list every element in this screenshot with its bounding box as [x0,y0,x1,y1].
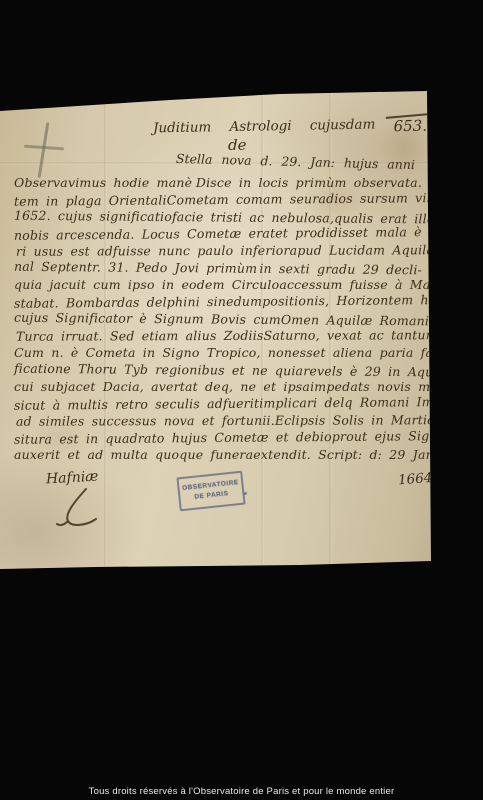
manuscript-line-segment: nobis arcescenda. Locus Cometæ erat [14,225,275,244]
manuscript-line-segment: et prodidisset mala è Polonia [275,223,477,242]
manuscript-line-segment: extendit. Script: d: 29 Jan: [253,446,438,463]
manuscript-line: situra est in quadrato hujus Cometæ et d… [14,427,422,448]
signature-place: Hafniæ [46,469,99,488]
subject-line: Stella nova d. 29. Jan: hujus anni [176,151,415,172]
manuscript-line-segment: Disce in locis primùm observata. [196,174,422,191]
manuscript-line-segment: auxerit et ad multa quoque funera [14,446,253,463]
manuscript-line-segment: ri usus est adfuisse nunc paulo inferior [16,242,290,260]
manuscript-line-segment: in sexti gradu 29 decli- [259,260,422,278]
manuscript-line-segment: cujus Significator è Signum Bovis cum [14,309,281,328]
manuscript-line-segment: prout ejus Significationem [332,426,483,445]
manuscript-line-segment: revels è 29 in Aquarium [303,362,472,380]
manuscript-line: Observavimus hodie manèDisce in locis pr… [14,174,422,191]
manuscript-line-segment: sicut à multis retro seculis adfuerit [14,395,259,414]
title-line: Juditium Astrologi cujusdam 653. [153,116,427,140]
manuscript-line-segment: quia jacuit cum ipso in eodem Circulo [14,276,279,293]
signature-flourish [56,488,112,528]
manuscript-line-segment: apud Lucidam Aquilæ cujus [290,241,480,259]
manuscript-line: ficatione Thoru Tyb regionibus et ne qui… [14,360,422,381]
manuscript-line-segment: esset aliena paria faciat. [292,344,462,361]
manuscript-line-segment: ficatione Thoru Tyb regionibus et ne qui… [14,360,303,380]
pencil-stroke [38,122,49,178]
manuscript-line-segment: Eclipsis Solis in Martio [275,411,435,429]
manuscript-line: cui subjacet Dacia, avertat deq, ne et i… [14,378,422,395]
pencil-cross-mark [22,122,66,180]
manuscript-line-segment: impedats novis motibs [310,378,462,395]
manuscript-line: ri usus est adfuisse nunc paulo inferior… [16,241,424,259]
manuscript-line-segment: situra est in quadrato hujus Cometæ et d… [14,428,332,448]
manuscript-line-segment: radios sursum vibran- [312,189,461,207]
manuscript-line-segment: Cometam comam seu [167,190,313,208]
title-word: Juditium [153,119,212,139]
copyright-caption: Tous droits réservés à l'Observatoire de… [0,786,483,797]
manuscript-line-segment: positionis, Horizontem huic [262,291,448,310]
stamp-line: DE PARIS [194,489,229,502]
manuscript-page: Juditium Astrologi cujusdam 653. de Stel… [0,88,436,572]
manuscript-line-segment: implicari delq Romani Imperij [259,393,464,412]
manuscript-line: Cum n. è Cometa in Signo Tropico, noness… [14,344,422,361]
manuscript-line-segment: 1652. cujus significatio [14,207,172,225]
manuscript-line-segment: Cum n. è Cometa in Signo Tropico, non [14,344,292,361]
manuscript-line: nal Septentr. 31. Pedo Jovi primùmin sex… [14,258,422,279]
manuscript-line-segment: cui subjacet Dacia, avertat deq, ne et i… [14,378,310,395]
manuscript-line-segment: ad similes successus nova et fortunii. [16,412,275,430]
title-de: de [228,136,246,154]
manuscript-line: quia jacuit cum ipso in eodem Circuloacc… [14,276,422,293]
photograph: Juditium Astrologi cujusdam 653. de Stel… [0,0,483,800]
manuscript-line-segment: nal Septentr. 31. Pedo Jovi primùm [14,258,257,277]
folio-number: 653. [393,116,427,136]
stamp-dot [244,492,247,495]
manuscript-line: Turca irruat. Sed etiam alius ZodiisSatu… [16,326,424,344]
title-word: cujusdam [310,117,376,137]
manuscript-body: Observavimus hodie manèDisce in locis pr… [14,174,422,463]
observatoire-stamp: OBSERVATOIRE DE PARIS [176,471,245,512]
manuscript-line: auxerit et ad multa quoque funeraextendi… [14,446,422,463]
manuscript-line-segment: Observavimus hodie manè [14,174,192,191]
signature-year: 1664. [397,470,437,489]
manuscript-line-segment: Turca irruat. Sed etiam alius Zodiis [16,327,264,345]
manuscript-line-segment: Saturno, vexat ac tantum [264,326,438,344]
